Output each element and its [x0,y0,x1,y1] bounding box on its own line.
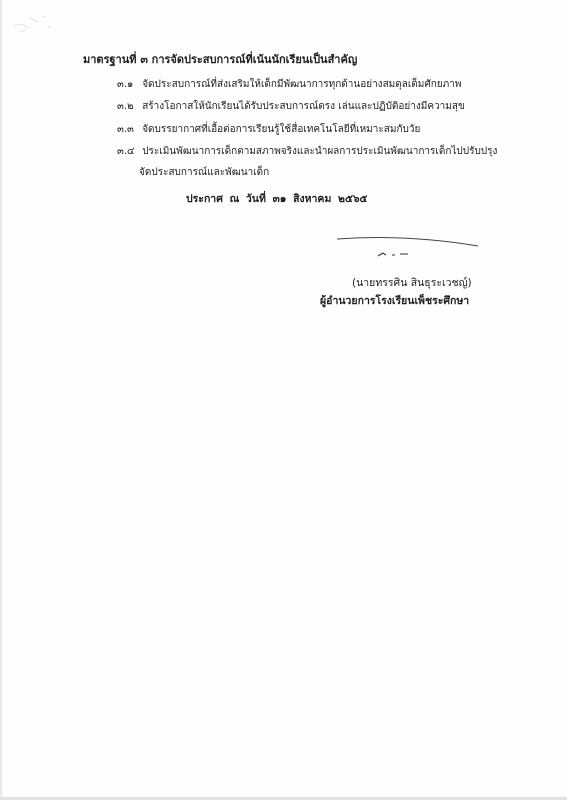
item-number: ๓.๑ [117,78,139,92]
scan-edge [0,0,3,800]
list-item: ๓.๒ สร้างโอกาสให้นักเรียนได้รับประสบการณ… [117,100,465,114]
list-item: ๓.๑ จัดประสบการณ์ที่ส่งเสริมให้เด็กมีพัฒ… [117,78,461,92]
signature-mark [377,250,412,258]
item-number: ๓.๔ [117,145,139,159]
signature-stroke [335,234,480,248]
signatory-title: ผู้อำนวยการโรงเรียนเพ็ชระศึกษา [320,294,469,308]
scan-speckle-mark [8,8,58,38]
item-text: ประเมินพัฒนาการเด็กตามสภาพจริงและนำผลการ… [142,146,497,157]
standard-heading: มาตรฐานที่ ๓ การจัดประสบการณ์ที่เน้นนักเ… [83,53,357,67]
announcement-date: ประกาศ ณ วันที่ ๓๑ สิงหาคม ๒๕๖๕ [186,192,368,206]
list-item-continuation: จัดประสบการณ์และพัฒนาเด็ก [139,166,269,180]
item-number: ๓.๓ [117,123,139,137]
signatory-name: (นายทรรศิน สินธุระเวชญ์) [352,276,472,290]
item-text: จัดบรรยากาศที่เอื้อต่อการเรียนรู้ใช้สื่อ… [142,124,420,135]
item-text: จัดประสบการณ์ที่ส่งเสริมให้เด็กมีพัฒนากา… [142,79,461,90]
list-item: ๓.๓ จัดบรรยากาศที่เอื้อต่อการเรียนรู้ใช้… [117,123,420,137]
item-text: สร้างโอกาสให้นักเรียนได้รับประสบการณ์ตรง… [142,101,465,112]
list-item: ๓.๔ ประเมินพัฒนาการเด็กตามสภาพจริงและนำผ… [117,145,497,159]
document-page: มาตรฐานที่ ๓ การจัดประสบการณ์ที่เน้นนักเ… [0,0,567,800]
item-number: ๓.๒ [117,100,139,114]
